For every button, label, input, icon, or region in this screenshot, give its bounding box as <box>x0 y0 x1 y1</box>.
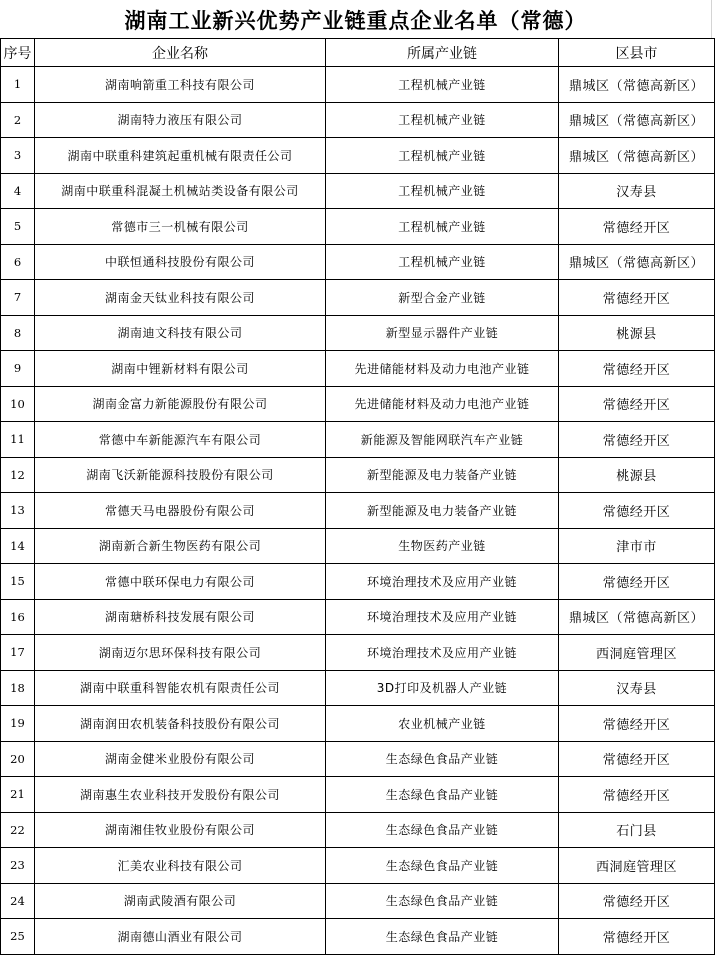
row-number-cell: 22 <box>1 812 35 848</box>
title-bar: 湖南工业新兴优势产业链重点企业名单（常德） <box>0 0 712 38</box>
table-row: 19湖南润田农机装备科技股份有限公司农业机械产业链常德经开区 <box>1 706 715 742</box>
region-cell: 常德经开区 <box>559 741 715 777</box>
table-row: 14湖南新合新生物医药有限公司生物医药产业链津市市 <box>1 528 715 564</box>
row-number-cell: 14 <box>1 528 35 564</box>
row-number-cell: 5 <box>1 209 35 245</box>
industry-chain-cell: 先进储能材料及动力电池产业链 <box>326 351 559 387</box>
row-number-cell: 23 <box>1 848 35 884</box>
industry-chain-cell: 生态绿色食品产业链 <box>326 848 559 884</box>
industry-chain-cell: 生态绿色食品产业链 <box>326 883 559 919</box>
table-row: 13常德天马电器股份有限公司新型能源及电力装备产业链常德经开区 <box>1 493 715 529</box>
company-name-cell: 湖南特力液压有限公司 <box>35 102 326 138</box>
table-row: 20湖南金健米业股份有限公司生态绿色食品产业链常德经开区 <box>1 741 715 777</box>
company-name-cell: 湖南飞沃新能源科技股份有限公司 <box>35 457 326 493</box>
company-name-cell: 湖南迈尔思环保科技有限公司 <box>35 635 326 671</box>
row-number-cell: 11 <box>1 422 35 458</box>
company-name-cell: 湖南中锂新材料有限公司 <box>35 351 326 387</box>
industry-chain-cell: 工程机械产业链 <box>326 138 559 174</box>
row-number-cell: 8 <box>1 315 35 351</box>
row-number-cell: 24 <box>1 883 35 919</box>
row-number-cell: 1 <box>1 67 35 103</box>
region-cell: 津市市 <box>559 528 715 564</box>
row-number-cell: 21 <box>1 777 35 813</box>
company-name-cell: 湖南新合新生物医药有限公司 <box>35 528 326 564</box>
region-cell: 常德经开区 <box>559 564 715 600</box>
table-row: 23汇美农业科技有限公司生态绿色食品产业链西洞庭管理区 <box>1 848 715 884</box>
company-name-cell: 常德天马电器股份有限公司 <box>35 493 326 529</box>
industry-chain-cell: 新型能源及电力装备产业链 <box>326 493 559 529</box>
company-name-cell: 中联恒通科技股份有限公司 <box>35 244 326 280</box>
enterprise-table: 序号 企业名称 所属产业链 区县市 1湖南响箭重工科技有限公司工程机械产业链鼎城… <box>0 38 715 955</box>
row-number-cell: 20 <box>1 741 35 777</box>
company-name-cell: 湖南湘佳牧业股份有限公司 <box>35 812 326 848</box>
company-name-cell: 汇美农业科技有限公司 <box>35 848 326 884</box>
row-number-cell: 3 <box>1 138 35 174</box>
row-number-cell: 10 <box>1 386 35 422</box>
company-name-cell: 湖南金健米业股份有限公司 <box>35 741 326 777</box>
region-cell: 常德经开区 <box>559 351 715 387</box>
region-cell: 鼎城区（常德高新区） <box>559 102 715 138</box>
table-row: 12湖南飞沃新能源科技股份有限公司新型能源及电力装备产业链桃源县 <box>1 457 715 493</box>
row-number-cell: 25 <box>1 919 35 955</box>
row-number-cell: 17 <box>1 635 35 671</box>
table-row: 25湖南德山酒业有限公司生态绿色食品产业链常德经开区 <box>1 919 715 955</box>
company-name-cell: 湖南中联重科混凝土机械站类设备有限公司 <box>35 173 326 209</box>
column-header-no: 序号 <box>1 39 35 67</box>
region-cell: 鼎城区（常德高新区） <box>559 67 715 103</box>
table-row: 21湖南惠生农业科技开发股份有限公司生态绿色食品产业链常德经开区 <box>1 777 715 813</box>
table-row: 16湖南瑭桥科技发展有限公司环境治理技术及应用产业链鼎城区（常德高新区） <box>1 599 715 635</box>
table-row: 24湖南武陵酒有限公司生态绿色食品产业链常德经开区 <box>1 883 715 919</box>
table-row: 22湖南湘佳牧业股份有限公司生态绿色食品产业链石门县 <box>1 812 715 848</box>
region-cell: 桃源县 <box>559 315 715 351</box>
region-cell: 西洞庭管理区 <box>559 848 715 884</box>
table-row: 7湖南金天钛业科技有限公司新型合金产业链常德经开区 <box>1 280 715 316</box>
table-row: 10湖南金富力新能源股份有限公司先进储能材料及动力电池产业链常德经开区 <box>1 386 715 422</box>
industry-chain-cell: 生物医药产业链 <box>326 528 559 564</box>
table-row: 1湖南响箭重工科技有限公司工程机械产业链鼎城区（常德高新区） <box>1 67 715 103</box>
company-name-cell: 湖南金天钛业科技有限公司 <box>35 280 326 316</box>
industry-chain-cell: 工程机械产业链 <box>326 244 559 280</box>
region-cell: 桃源县 <box>559 457 715 493</box>
industry-chain-cell: 环境治理技术及应用产业链 <box>326 635 559 671</box>
region-cell: 汉寿县 <box>559 173 715 209</box>
industry-chain-cell: 工程机械产业链 <box>326 209 559 245</box>
industry-chain-cell: 工程机械产业链 <box>326 173 559 209</box>
column-header-region: 区县市 <box>559 39 715 67</box>
industry-chain-cell: 新型合金产业链 <box>326 280 559 316</box>
company-name-cell: 湖南惠生农业科技开发股份有限公司 <box>35 777 326 813</box>
company-name-cell: 常德市三一机械有限公司 <box>35 209 326 245</box>
row-number-cell: 6 <box>1 244 35 280</box>
row-number-cell: 7 <box>1 280 35 316</box>
region-cell: 常德经开区 <box>559 883 715 919</box>
table-row: 17湖南迈尔思环保科技有限公司环境治理技术及应用产业链西洞庭管理区 <box>1 635 715 671</box>
company-name-cell: 湖南迪文科技有限公司 <box>35 315 326 351</box>
industry-chain-cell: 新型显示器件产业链 <box>326 315 559 351</box>
region-cell: 常德经开区 <box>559 209 715 245</box>
region-cell: 常德经开区 <box>559 777 715 813</box>
company-name-cell: 湖南中联重科智能农机有限责任公司 <box>35 670 326 706</box>
region-cell: 常德经开区 <box>559 493 715 529</box>
industry-chain-cell: 生态绿色食品产业链 <box>326 919 559 955</box>
table-row: 11常德中车新能源汽车有限公司新能源及智能网联汽车产业链常德经开区 <box>1 422 715 458</box>
region-cell: 常德经开区 <box>559 280 715 316</box>
company-name-cell: 湖南响箭重工科技有限公司 <box>35 67 326 103</box>
region-cell: 常德经开区 <box>559 386 715 422</box>
industry-chain-cell: 3D打印及机器人产业链 <box>326 670 559 706</box>
table-body: 1湖南响箭重工科技有限公司工程机械产业链鼎城区（常德高新区）2湖南特力液压有限公… <box>1 67 715 955</box>
company-name-cell: 湖南金富力新能源股份有限公司 <box>35 386 326 422</box>
table-row: 9湖南中锂新材料有限公司先进储能材料及动力电池产业链常德经开区 <box>1 351 715 387</box>
row-number-cell: 2 <box>1 102 35 138</box>
column-header-industry-chain: 所属产业链 <box>326 39 559 67</box>
industry-chain-cell: 生态绿色食品产业链 <box>326 741 559 777</box>
industry-chain-cell: 环境治理技术及应用产业链 <box>326 599 559 635</box>
company-name-cell: 常德中联环保电力有限公司 <box>35 564 326 600</box>
region-cell: 石门县 <box>559 812 715 848</box>
industry-chain-cell: 工程机械产业链 <box>326 102 559 138</box>
column-header-company-name: 企业名称 <box>35 39 326 67</box>
company-name-cell: 常德中车新能源汽车有限公司 <box>35 422 326 458</box>
company-name-cell: 湖南瑭桥科技发展有限公司 <box>35 599 326 635</box>
region-cell: 鼎城区（常德高新区） <box>559 244 715 280</box>
row-number-cell: 18 <box>1 670 35 706</box>
row-number-cell: 16 <box>1 599 35 635</box>
region-cell: 西洞庭管理区 <box>559 635 715 671</box>
company-name-cell: 湖南润田农机装备科技股份有限公司 <box>35 706 326 742</box>
region-cell: 汉寿县 <box>559 670 715 706</box>
region-cell: 常德经开区 <box>559 919 715 955</box>
row-number-cell: 19 <box>1 706 35 742</box>
industry-chain-cell: 新能源及智能网联汽车产业链 <box>326 422 559 458</box>
table-row: 18湖南中联重科智能农机有限责任公司3D打印及机器人产业链汉寿县 <box>1 670 715 706</box>
table-row: 6中联恒通科技股份有限公司工程机械产业链鼎城区（常德高新区） <box>1 244 715 280</box>
region-cell: 鼎城区（常德高新区） <box>559 599 715 635</box>
table-row: 8湖南迪文科技有限公司新型显示器件产业链桃源县 <box>1 315 715 351</box>
row-number-cell: 4 <box>1 173 35 209</box>
table-row: 4湖南中联重科混凝土机械站类设备有限公司工程机械产业链汉寿县 <box>1 173 715 209</box>
table-row: 15常德中联环保电力有限公司环境治理技术及应用产业链常德经开区 <box>1 564 715 600</box>
table-row: 2湖南特力液压有限公司工程机械产业链鼎城区（常德高新区） <box>1 102 715 138</box>
row-number-cell: 15 <box>1 564 35 600</box>
region-cell: 常德经开区 <box>559 706 715 742</box>
industry-chain-cell: 农业机械产业链 <box>326 706 559 742</box>
industry-chain-cell: 先进储能材料及动力电池产业链 <box>326 386 559 422</box>
industry-chain-cell: 环境治理技术及应用产业链 <box>326 564 559 600</box>
region-cell: 常德经开区 <box>559 422 715 458</box>
row-number-cell: 9 <box>1 351 35 387</box>
row-number-cell: 13 <box>1 493 35 529</box>
industry-chain-cell: 新型能源及电力装备产业链 <box>326 457 559 493</box>
industry-chain-cell: 生态绿色食品产业链 <box>326 777 559 813</box>
industry-chain-cell: 生态绿色食品产业链 <box>326 812 559 848</box>
table-row: 3湖南中联重科建筑起重机械有限责任公司工程机械产业链鼎城区（常德高新区） <box>1 138 715 174</box>
row-number-cell: 12 <box>1 457 35 493</box>
region-cell: 鼎城区（常德高新区） <box>559 138 715 174</box>
company-name-cell: 湖南德山酒业有限公司 <box>35 919 326 955</box>
table-header-row: 序号 企业名称 所属产业链 区县市 <box>1 39 715 67</box>
table-row: 5常德市三一机械有限公司工程机械产业链常德经开区 <box>1 209 715 245</box>
company-name-cell: 湖南中联重科建筑起重机械有限责任公司 <box>35 138 326 174</box>
page-title: 湖南工业新兴优势产业链重点企业名单（常德） <box>125 3 587 35</box>
company-name-cell: 湖南武陵酒有限公司 <box>35 883 326 919</box>
industry-chain-cell: 工程机械产业链 <box>326 67 559 103</box>
